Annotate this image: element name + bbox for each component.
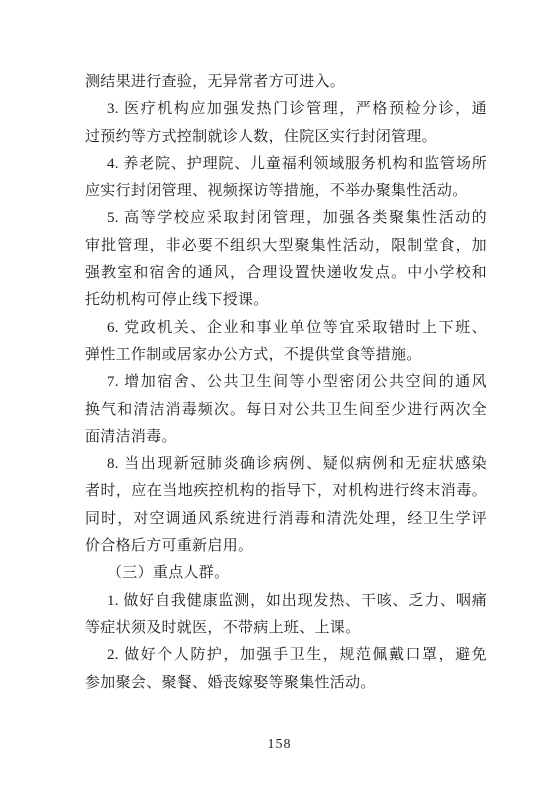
- text-line: 8. 当出现新冠肺炎确诊病例、疑似病例和无症状感染: [85, 451, 487, 478]
- text-line: 3. 医疗机构应加强发热门诊管理，严格预检分诊，通: [85, 96, 487, 123]
- text-line: 参加聚会、聚餐、婚丧嫁娶等聚集性活动。: [85, 670, 487, 697]
- text-line: 2. 做好个人防护，加强手卫生，规范佩戴口罩，避免: [85, 642, 487, 669]
- text-line: 换气和清洁消毒频次。每日对公共卫生间至少进行两次全: [85, 397, 487, 424]
- text-line: 强教室和宿舍的通风，合理设置快递收发点。中小学校和: [85, 260, 487, 287]
- document-body: 测结果进行查验，无异常者方可进入。3. 医疗机构应加强发热门诊管理，严格预检分诊…: [85, 69, 487, 697]
- page-number: 158: [268, 737, 292, 752]
- page-footer: 158: [0, 735, 559, 753]
- text-line: 应实行封闭管理、视频探访等措施，不举办聚集性活动。: [85, 178, 487, 205]
- text-line: 测结果进行查验，无异常者方可进入。: [85, 69, 487, 96]
- text-line: 5. 高等学校应采取封闭管理，加强各类聚集性活动的: [85, 205, 487, 232]
- text-line: 审批管理，非必要不组织大型聚集性活动，限制堂食，加: [85, 233, 487, 260]
- text-line: 弹性工作制或居家办公方式，不提供堂食等措施。: [85, 342, 487, 369]
- text-line: 同时，对空调通风系统进行消毒和清洗处理，经卫生学评: [85, 506, 487, 533]
- document-page: 测结果进行查验，无异常者方可进入。3. 医疗机构应加强发热门诊管理，严格预检分诊…: [0, 0, 559, 793]
- text-line: 托幼机构可停止线下授课。: [85, 287, 487, 314]
- text-line: 价合格后方可重新启用。: [85, 533, 487, 560]
- text-line: 等症状须及时就医，不带病上班、上课。: [85, 615, 487, 642]
- text-line: 者时，应在当地疾控机构的指导下，对机构进行终末消毒。: [85, 478, 487, 505]
- text-line: 7. 增加宿舍、公共卫生间等小型密闭公共空间的通风: [85, 369, 487, 396]
- text-line: 面清洁消毒。: [85, 424, 487, 451]
- text-line: 4. 养老院、护理院、儿童福利领域服务机构和监管场所: [85, 151, 487, 178]
- text-line: （三）重点人群。: [85, 560, 487, 587]
- text-line: 过预约等方式控制就诊人数，住院区实行封闭管理。: [85, 124, 487, 151]
- text-line: 1. 做好自我健康监测，如出现发热、干咳、乏力、咽痛: [85, 588, 487, 615]
- text-line: 6. 党政机关、企业和事业单位等宜采取错时上下班、: [85, 315, 487, 342]
